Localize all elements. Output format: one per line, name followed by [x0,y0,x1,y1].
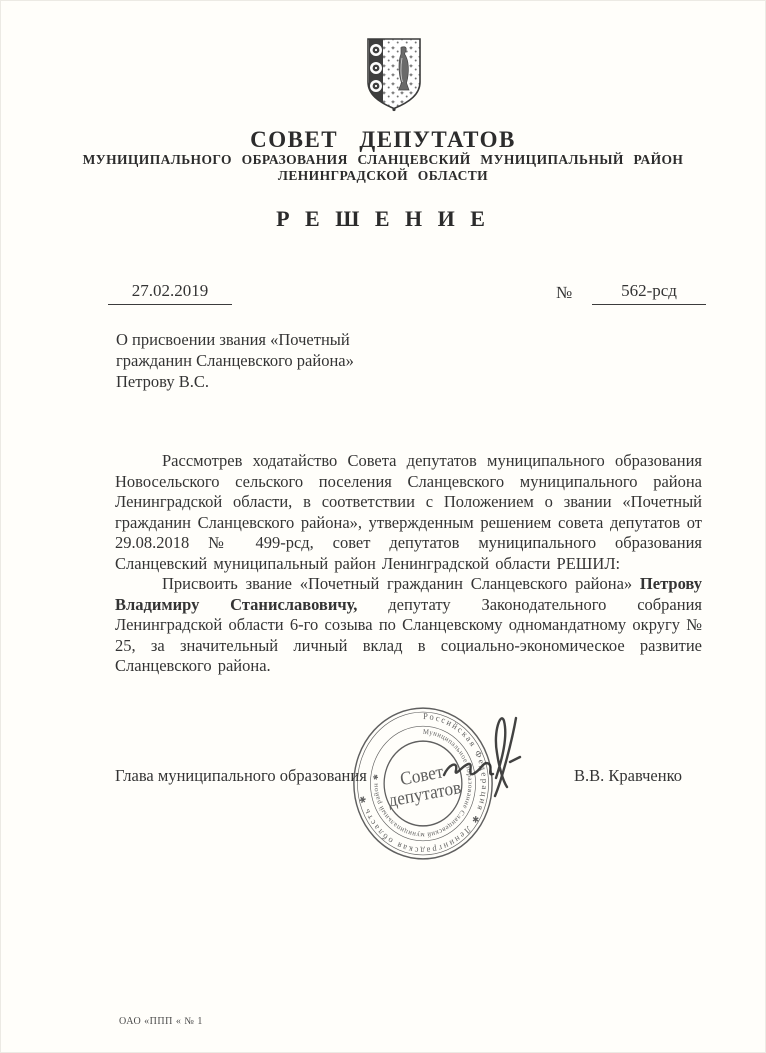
scanned-decision-document: СОВЕТ ДЕПУТАТОВ МУНИЦИПАЛЬНОГО ОБРАЗОВАН… [0,0,766,1053]
handwritten-signature [436,707,540,817]
coat-of-arms-icon [363,36,425,112]
document-date: 27.02.2019 [108,281,232,305]
document-type-title: Р Е Ш Е Н И Е [0,206,766,232]
paragraph2-text-before: Присвоить звание «Почетный гражданин Сла… [162,574,640,593]
signature-title: Глава муниципального образования [115,766,367,786]
print-shop-footer: ОАО «ППП « № 1 [119,1016,203,1027]
org-name-line1: СОВЕТ ДЕПУТАТОВ [0,127,766,153]
org-name-line2: МУНИЦИПАЛЬНОГО ОБРАЗОВАНИЯ СЛАНЦЕВСКИЙ М… [0,152,766,168]
body-paragraph-1: Рассмотрев ходатайство Совета депутатов … [115,451,702,574]
document-number: 562-рсд [592,281,706,305]
body-paragraph-2: Присвоить звание «Почетный гражданин Сла… [115,574,702,677]
org-name-line3: ЛЕНИНГРАДСКОЙ ОБЛАСТИ [0,168,766,184]
document-subject: О присвоении звания «Почетный гражданин … [116,329,466,392]
number-sign-label: № [556,283,572,303]
document-body: Рассмотрев ходатайство Совета депутатов … [115,451,702,677]
signature-name: В.В. Кравченко [574,766,682,786]
